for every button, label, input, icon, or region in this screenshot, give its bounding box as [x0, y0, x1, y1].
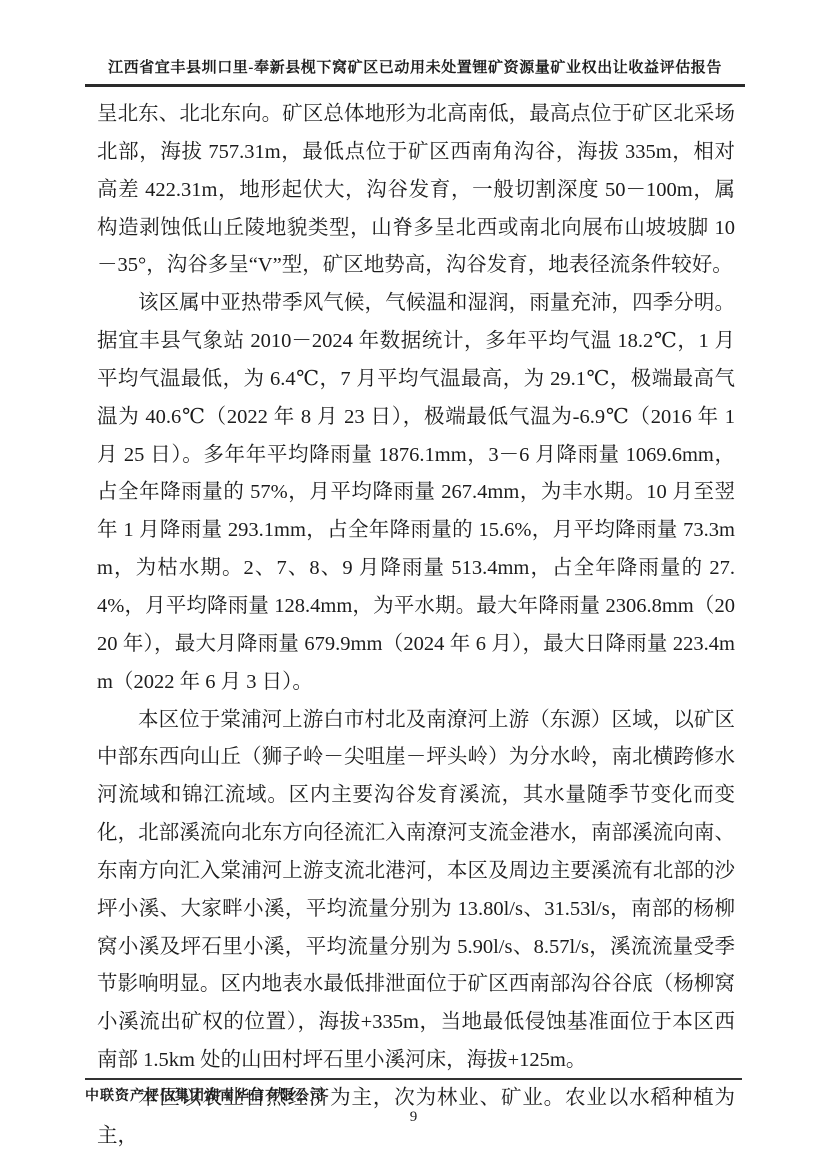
report-header-title: 江西省宜丰县圳口里-奉新县枧下窝矿区已动用未处置锂矿资源量矿业权出让收益评估报告	[85, 56, 745, 77]
paragraph-terrain-continuation: 呈北东、北北东向。矿区总体地形为北高南低，最高点位于矿区北采场北部，海拔 757…	[97, 96, 735, 285]
paragraph-hydrology: 本区位于棠浦河上游白市村北及南潦河上游（东源）区域，以矿区中部东西向山丘（狮子岭…	[97, 702, 735, 1080]
page-header: 江西省宜丰县圳口里-奉新县枧下窝矿区已动用未处置锂矿资源量矿业权出让收益评估报告	[85, 56, 745, 87]
paragraph-climate: 该区属中亚热带季风气候，气候温和湿润，雨量充沛，四季分明。据宜丰县气象站 201…	[97, 285, 735, 701]
document-body: 呈北东、北北东向。矿区总体地形为北高南低，最高点位于矿区北采场北部，海拔 757…	[97, 96, 735, 1156]
report-page: 江西省宜丰县圳口里-奉新县枧下窝矿区已动用未处置锂矿资源量矿业权出让收益评估报告…	[0, 0, 827, 1170]
page-number: 9	[85, 1109, 742, 1126]
footer-company-name: 中联资产评估集团湖南华信有限公司	[85, 1080, 742, 1105]
page-footer: 中联资产评估集团湖南华信有限公司 9	[85, 1078, 742, 1126]
